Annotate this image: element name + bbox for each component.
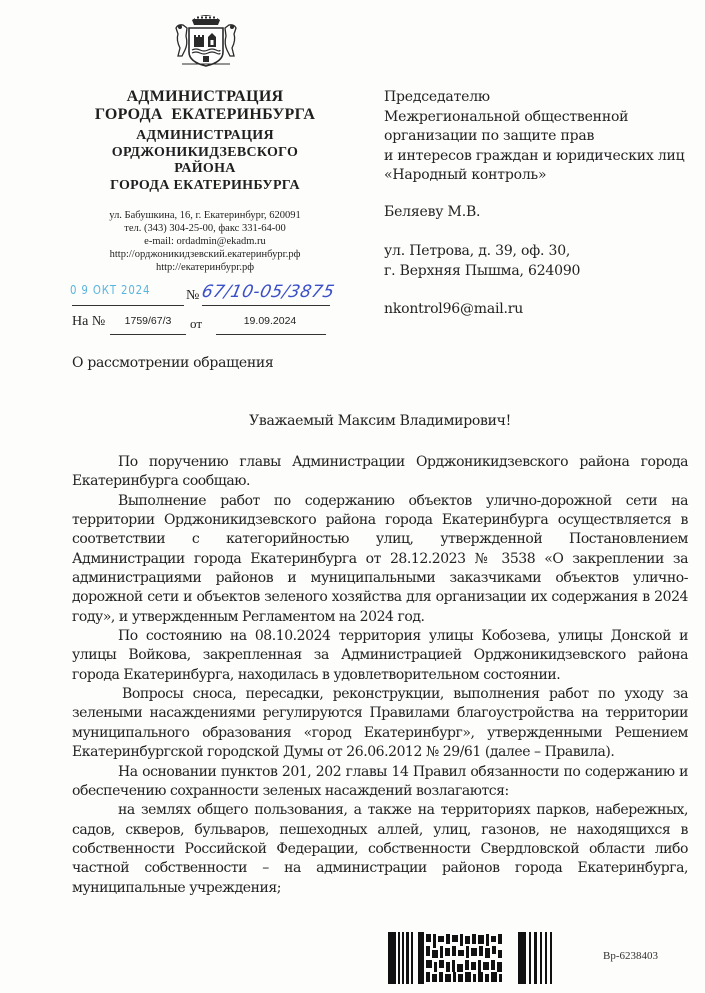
number-label: № <box>186 288 199 304</box>
sender-email[interactable]: e-mail: ordadmin@ekadm.ru <box>60 235 350 248</box>
dept-line-3: РАЙОНА <box>60 161 350 178</box>
sender-contacts: ул. Бабушкина, 16, г. Екатеринбург, 6200… <box>60 209 350 274</box>
body-paragraph: Вопросы сноса, пересадки, реконструкции,… <box>72 685 688 762</box>
letter-subject: О рассмотрении обращения <box>72 355 273 371</box>
from-label: от <box>190 316 202 332</box>
addressee-address-line-2: г. Верхняя Пышма, 624090 <box>384 262 704 282</box>
sender-address: ул. Бабушкина, 16, г. Екатеринбург, 6200… <box>60 209 350 222</box>
addressee-line: «Народный контроль» <box>384 166 704 186</box>
body-paragraph: Выполнение работ по содержанию объектов … <box>72 492 688 627</box>
dept-line-4: ГОРОДА ЕКАТЕРИНБУРГА <box>60 178 350 195</box>
addressee-name: Беляеву М.В. <box>384 203 704 223</box>
addressee-line: Председателю <box>384 88 704 108</box>
date-underline <box>72 305 184 306</box>
barcode-icon <box>388 932 556 984</box>
addressee-line: организации по защите прав <box>384 127 704 147</box>
document-id: Вр-6238403 <box>603 950 658 962</box>
sender-site-2[interactable]: http://екатеринбург.рф <box>60 261 350 274</box>
dept-line-1: АДМИНИСТРАЦИЯ <box>60 128 350 145</box>
addressee-line: Межрегиональной общественной <box>384 108 704 128</box>
department-title: АДМИНИСТРАЦИЯ ОРДЖОНИКИДЗЕВСКОГО РАЙОНА … <box>60 128 350 194</box>
org-line-2: ГОРОДА ЕКАТЕРИНБУРГА <box>60 106 350 124</box>
addressee-address: ул. Петрова, д. 39, оф. 30, г. Верхняя П… <box>384 242 704 281</box>
sender-phone: тел. (343) 304-25-00, факс 331-64-00 <box>60 222 350 235</box>
reply-to-label: На № <box>72 314 105 330</box>
addressee-email[interactable]: nkontrol96@mail.ru <box>384 300 704 320</box>
coat-of-arms-icon <box>170 6 242 70</box>
outgoing-number: 67/10-05/3875 <box>200 282 337 302</box>
reply-date-underline <box>216 334 326 335</box>
body-paragraph: По состоянию на 08.10.2024 территория ул… <box>72 627 688 685</box>
addressee-line: и интересов граждан и юридических лиц <box>384 147 704 167</box>
org-line-1: АДМИНИСТРАЦИЯ <box>60 88 350 106</box>
dept-line-2: ОРДЖОНИКИДЗЕВСКОГО <box>60 145 350 162</box>
registration-date-stamp: 0 9 ОКТ 2024 <box>70 283 162 297</box>
body-paragraph: на землях общего пользования, а также на… <box>72 801 688 898</box>
addressee-address-line-1: ул. Петрова, д. 39, оф. 30, <box>384 242 704 262</box>
body-paragraph: По поручению главы Администрации Орджони… <box>72 453 688 492</box>
addressee-title: Председателю Межрегиональной общественно… <box>384 88 704 186</box>
reply-to-number: 1759/67/3 <box>110 315 186 327</box>
number-underline <box>202 305 330 306</box>
reply-number-underline <box>110 334 186 335</box>
salutation: Уважаемый Максим Владимирович! <box>72 413 688 429</box>
letter-body: По поручению главы Администрации Орджони… <box>72 453 688 898</box>
body-paragraph: На основании пунктов 201, 202 главы 14 П… <box>72 763 688 802</box>
org-title: АДМИНИСТРАЦИЯ ГОРОДА ЕКАТЕРИНБУРГА <box>60 88 350 124</box>
reply-to-date: 19.09.2024 <box>220 315 320 327</box>
sender-site-1[interactable]: http://орджоникидзевский.екатеринбург.рф <box>60 248 350 261</box>
